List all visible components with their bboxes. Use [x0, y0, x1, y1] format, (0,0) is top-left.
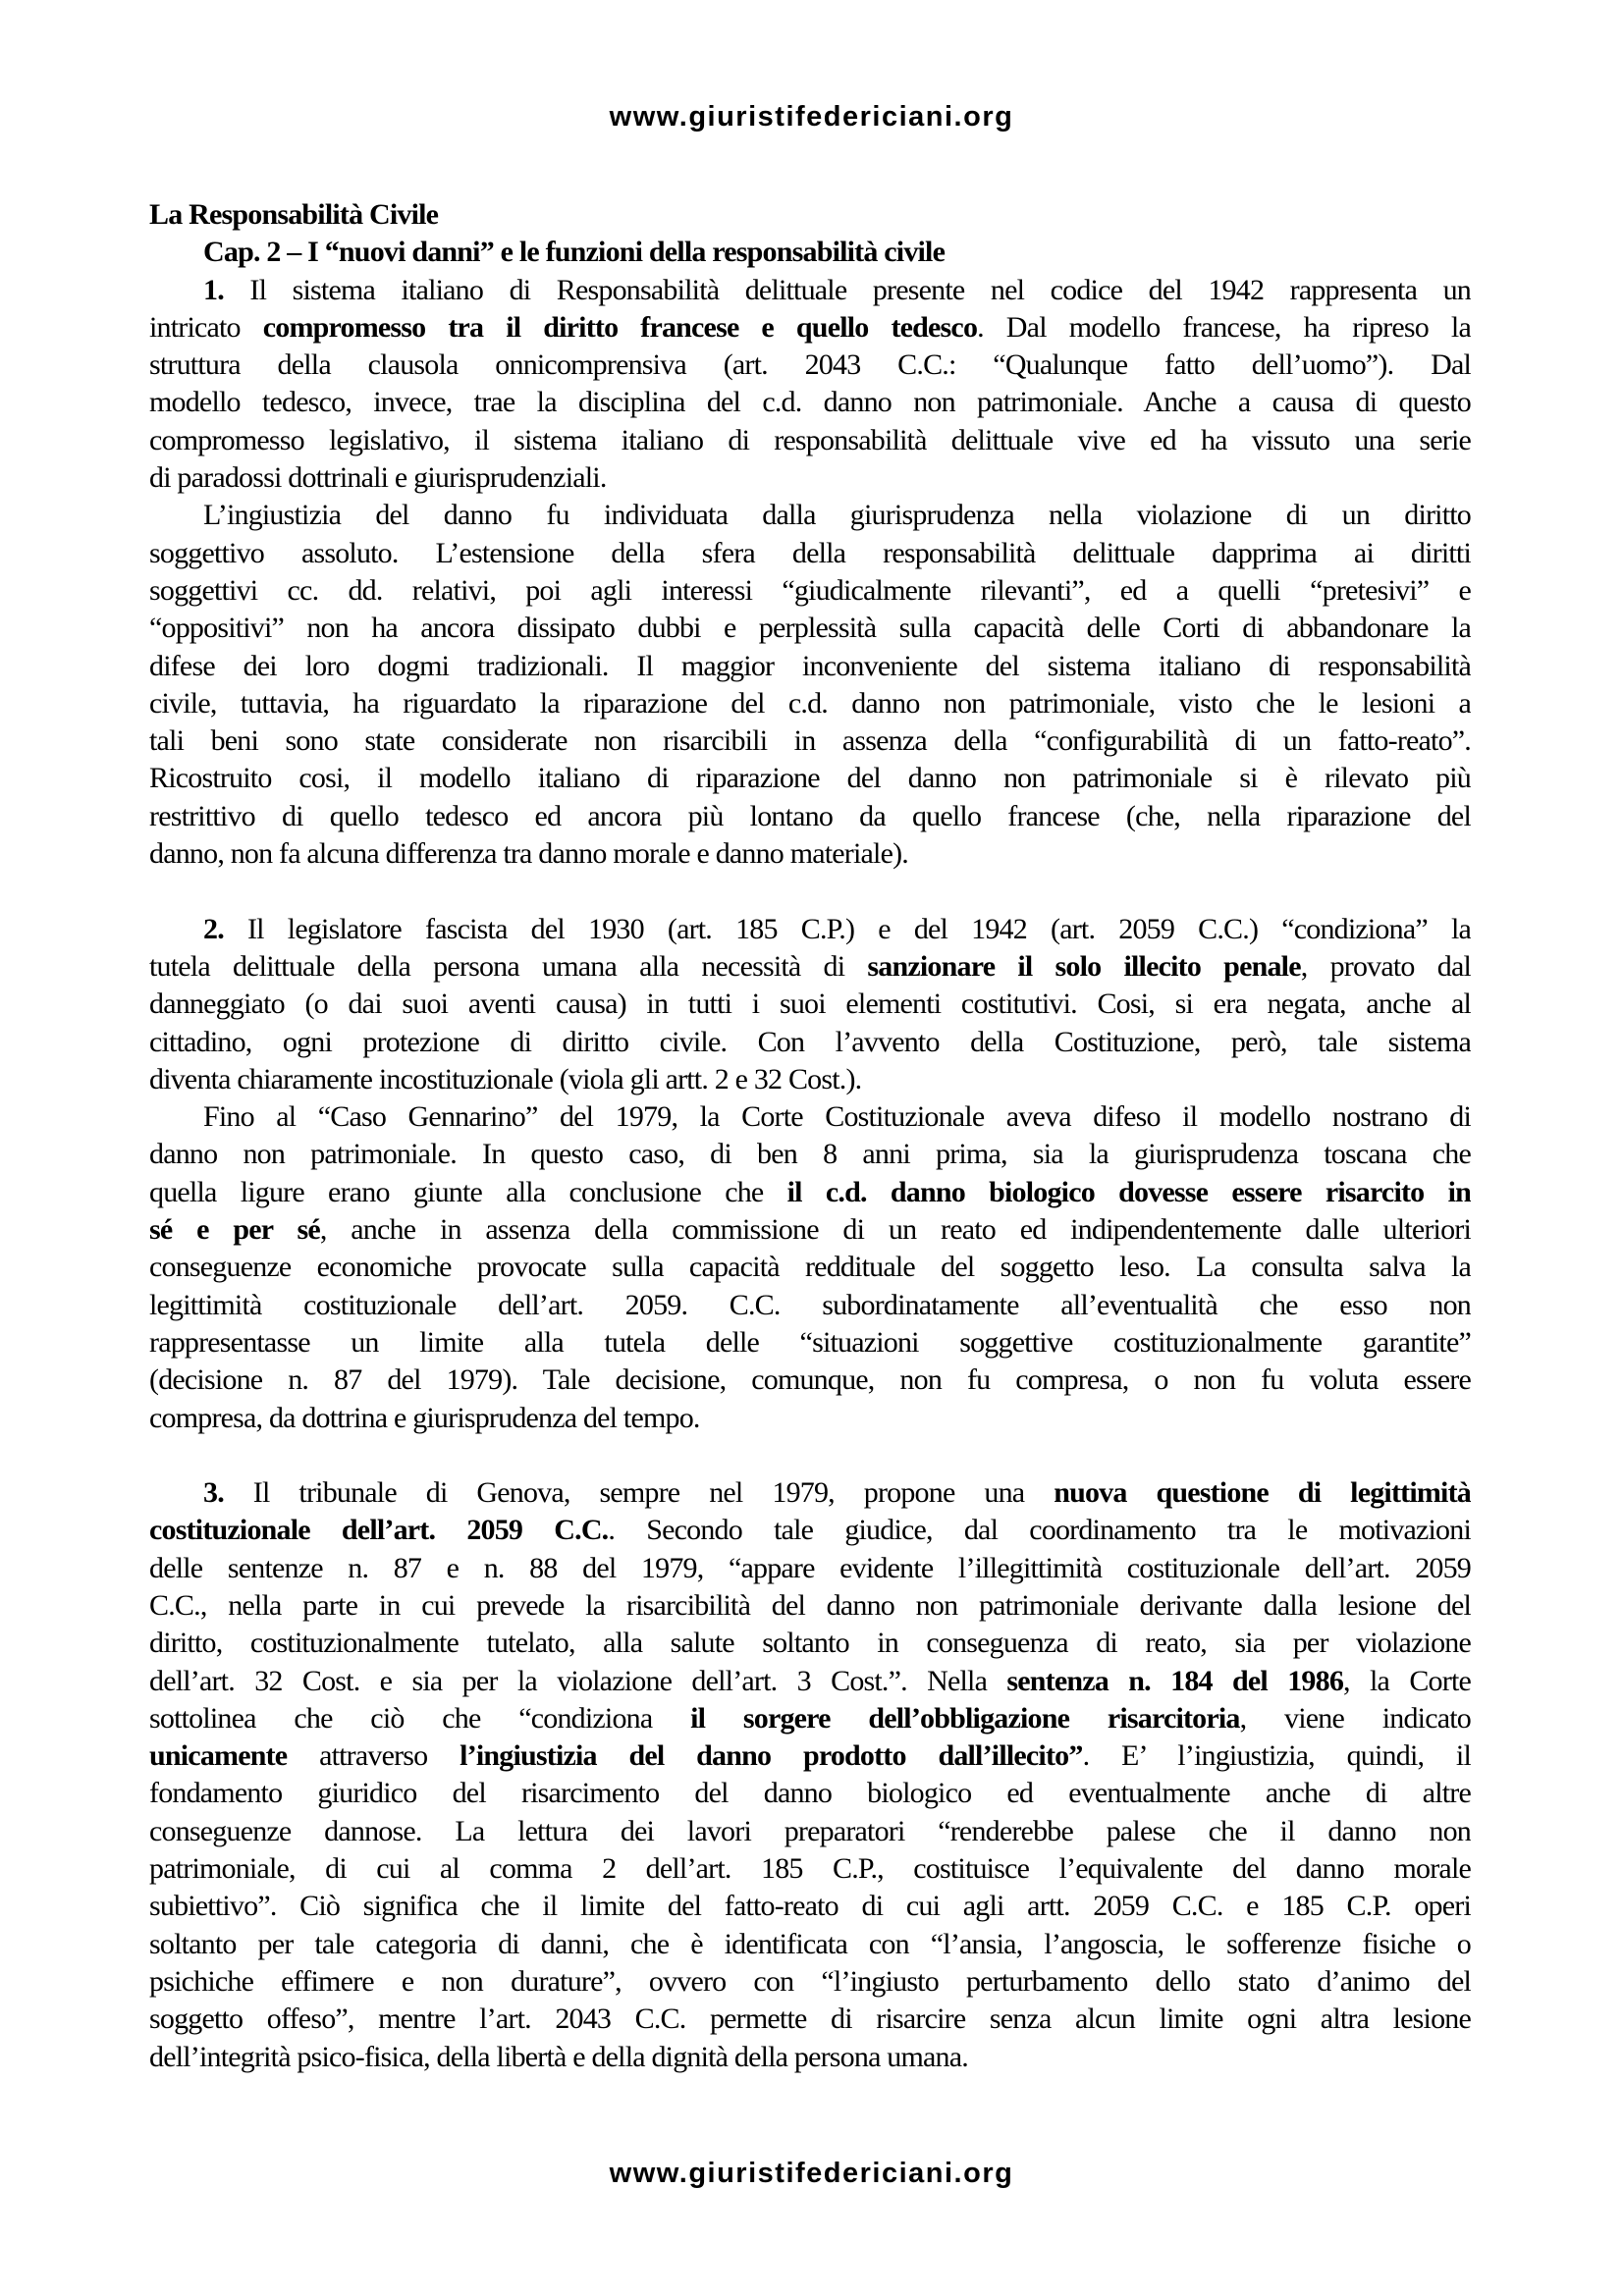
- text-run: conseguenze economiche provocate sulla c…: [149, 1251, 1471, 1283]
- text-line-paragraph-2-3: danneggiato (o dai suoi aventi causa) in…: [149, 986, 1471, 1023]
- text-run: intricato: [149, 311, 263, 344]
- text-run: . E’ l’ingiustizia, quindi, il: [1083, 1739, 1471, 1772]
- text-line-paragraph-2b-1: Fino al “Caso Gennarino” del 1979, la Co…: [149, 1098, 1471, 1136]
- text-line-paragraph-2b-7: rappresentasse un limite alla tutela del…: [149, 1324, 1471, 1362]
- text-line-paragraph-1b-6: civile, tuttavia, ha riguardato la ripar…: [149, 685, 1471, 722]
- text-line-paragraph-3-5: diritto, costituzionalmente tutelato, al…: [149, 1625, 1471, 1662]
- bold-text-run: La Responsabilità Civile: [149, 198, 438, 231]
- text-run: di paradossi dottrinali e giurisprudenzi…: [149, 461, 607, 494]
- text-run: civile, tuttavia, ha riguardato la ripar…: [149, 687, 1471, 720]
- text-run: “oppositivi” non ha ancora dissipato dub…: [149, 612, 1471, 644]
- text-run: C.C., nella parte in cui prevede la risa…: [149, 1589, 1471, 1622]
- bold-text-run: sentenza n. 184 del 1986: [1006, 1665, 1343, 1697]
- text-run: sottolinea che ciò che “condiziona: [149, 1702, 690, 1735]
- text-line-paragraph-1b-8: Ricostruito cosi, il modello italiano di…: [149, 760, 1471, 797]
- text-run: conseguenze dannose. La lettura dei lavo…: [149, 1815, 1471, 1847]
- text-run: , la Corte: [1343, 1665, 1471, 1697]
- bold-text-run: costituzionale dell’art. 2059 C.C.: [149, 1514, 608, 1546]
- text-run: rappresentasse un limite alla tutela del…: [149, 1326, 1471, 1359]
- text-run: , anche in assenza della commissione di …: [320, 1213, 1471, 1246]
- text-line-subtitle-1: Cap. 2 – I “nuovi danni” e le funzioni d…: [149, 234, 1471, 271]
- text-run: Il legislatore fascista del 1930 (art. 1…: [224, 913, 1471, 945]
- text-line-paragraph-3-3: delle sentenze n. 87 e n. 88 del 1979, “…: [149, 1550, 1471, 1587]
- text-line-paragraph-3-4: C.C., nella parte in cui prevede la risa…: [149, 1587, 1471, 1625]
- text-line-paragraph-2-5: diventa chiaramente incostituzionale (vi…: [149, 1061, 1471, 1098]
- text-run: tali beni sono state considerate non ris…: [149, 724, 1471, 757]
- paragraph-gap: [149, 873, 1471, 910]
- bold-text-run: il c.d. danno biologico dovesse essere r…: [787, 1176, 1471, 1208]
- text-line-paragraph-3-11: patrimoniale, di cui al comma 2 dell’art…: [149, 1850, 1471, 1888]
- text-run: . Secondo tale giudice, dal coordinament…: [608, 1514, 1471, 1546]
- text-line-paragraph-3-16: dell’integrità psico-fisica, della liber…: [149, 2039, 1471, 2076]
- text-run: psichiche effimere e non durature”, ovve…: [149, 1965, 1471, 1998]
- text-line-paragraph-1-5: compromesso legislativo, il sistema ital…: [149, 422, 1471, 459]
- text-line-paragraph-2-1: 2. Il legislatore fascista del 1930 (art…: [149, 911, 1471, 948]
- text-run: (decisione n. 87 del 1979). Tale decisio…: [149, 1363, 1471, 1396]
- bold-text-run: compromesso tra il diritto francese e qu…: [263, 311, 977, 344]
- text-run: tutela delittuale della persona umana al…: [149, 950, 867, 983]
- text-line-paragraph-3-12: subiettivo”. Ciò significa che il limite…: [149, 1888, 1471, 1925]
- text-run: Il sistema italiano di Responsabilità de…: [224, 274, 1471, 306]
- text-run: soggettivi cc. dd. relativi, poi agli in…: [149, 574, 1471, 607]
- text-line-paragraph-3-14: psichiche effimere e non durature”, ovve…: [149, 1963, 1471, 2001]
- text-run: dell’integrità psico-fisica, della liber…: [149, 2041, 968, 2073]
- text-run: dell’art. 32 Cost. e sia per la violazio…: [149, 1665, 1006, 1697]
- bold-text-run: il sorgere dell’obbligazione risarcitori…: [690, 1702, 1240, 1735]
- text-line-paragraph-3-8: unicamente attraverso l’ingiustizia del …: [149, 1737, 1471, 1775]
- text-line-paragraph-2-4: cittadino, ogni protezione di diritto ci…: [149, 1024, 1471, 1061]
- text-run: danno, non fa alcuna differenza tra dann…: [149, 837, 908, 870]
- text-run: soggettivo assoluto. L’estensione della …: [149, 537, 1471, 569]
- text-run: modello tedesco, invece, trae la discipl…: [149, 386, 1471, 418]
- text-line-paragraph-2b-9: compresa, da dottrina e giurisprudenza d…: [149, 1400, 1471, 1437]
- text-line-paragraph-3-15: soggetto offeso”, mentre l’art. 2043 C.C…: [149, 2001, 1471, 2038]
- text-run: quella ligure erano giunte alla conclusi…: [149, 1176, 787, 1208]
- text-line-paragraph-3-6: dell’art. 32 Cost. e sia per la violazio…: [149, 1663, 1471, 1700]
- bold-text-run: Cap. 2 – I “nuovi danni” e le funzioni d…: [203, 236, 945, 268]
- text-run: subiettivo”. Ciò significa che il limite…: [149, 1890, 1471, 1922]
- text-run: fondamento giuridico del risarcimento de…: [149, 1777, 1471, 1809]
- text-line-paragraph-2b-8: (decisione n. 87 del 1979). Tale decisio…: [149, 1362, 1471, 1399]
- bold-text-run: 3.: [203, 1476, 224, 1509]
- text-run: soltanto per tale categoria di danni, ch…: [149, 1928, 1471, 1960]
- bold-text-run: l’ingiustizia del danno prodotto dall’il…: [460, 1739, 1082, 1772]
- text-run: restrittivo di quello tedesco ed ancora …: [149, 800, 1471, 832]
- text-line-title-1: La Responsabilità Civile: [149, 196, 1471, 234]
- text-line-paragraph-2b-2: danno non patrimoniale. In questo caso, …: [149, 1136, 1471, 1173]
- text-line-paragraph-1-6: di paradossi dottrinali e giurisprudenzi…: [149, 459, 1471, 497]
- footer-site-url: www.giuristifedericiani.org: [0, 2158, 1623, 2190]
- text-run: Ricostruito cosi, il modello italiano di…: [149, 762, 1471, 794]
- text-run: danno non patrimoniale. In questo caso, …: [149, 1138, 1471, 1170]
- bold-text-run: sé e per sé: [149, 1213, 320, 1246]
- header-site-url: www.giuristifedericiani.org: [0, 101, 1623, 133]
- text-line-paragraph-1b-7: tali beni sono state considerate non ris…: [149, 722, 1471, 760]
- text-line-paragraph-1b-9: restrittivo di quello tedesco ed ancora …: [149, 798, 1471, 835]
- text-run: Fino al “Caso Gennarino” del 1979, la Co…: [203, 1100, 1471, 1133]
- text-run: difese dei loro dogmi tradizionali. Il m…: [149, 650, 1471, 682]
- text-run: attraverso: [287, 1739, 460, 1772]
- text-line-paragraph-3-9: fondamento giuridico del risarcimento de…: [149, 1775, 1471, 1812]
- text-run: compresa, da dottrina e giurisprudenza d…: [149, 1402, 700, 1434]
- text-run: , provato dal: [1301, 950, 1471, 983]
- bold-text-run: sanzionare il solo illecito penale: [867, 950, 1300, 983]
- text-line-paragraph-2b-3: quella ligure erano giunte alla conclusi…: [149, 1174, 1471, 1211]
- text-line-paragraph-1b-4: “oppositivi” non ha ancora dissipato dub…: [149, 610, 1471, 647]
- text-line-paragraph-2-2: tutela delittuale della persona umana al…: [149, 948, 1471, 986]
- text-line-paragraph-1-4: modello tedesco, invece, trae la discipl…: [149, 384, 1471, 421]
- bold-text-run: unicamente: [149, 1739, 287, 1772]
- text-run: legittimità costituzionale dell’art. 205…: [149, 1289, 1471, 1321]
- paragraph-gap: [149, 1437, 1471, 1474]
- text-line-paragraph-1b-3: soggettivi cc. dd. relativi, poi agli in…: [149, 572, 1471, 610]
- text-run: cittadino, ogni protezione di diritto ci…: [149, 1026, 1471, 1058]
- text-line-paragraph-2b-6: legittimità costituzionale dell’art. 205…: [149, 1287, 1471, 1324]
- text-run: soggetto offeso”, mentre l’art. 2043 C.C…: [149, 2002, 1471, 2035]
- text-line-paragraph-3-10: conseguenze dannose. La lettura dei lavo…: [149, 1813, 1471, 1850]
- text-run: L’ingiustizia del danno fu individuata d…: [203, 499, 1471, 531]
- bold-text-run: nuova questione di legittimità: [1054, 1476, 1471, 1509]
- text-run: Il tribunale di Genova, sempre nel 1979,…: [224, 1476, 1054, 1509]
- text-run: . Dal modello francese, ha ripreso la: [977, 311, 1471, 344]
- text-line-paragraph-1-1: 1. Il sistema italiano di Responsabilità…: [149, 272, 1471, 309]
- text-line-paragraph-1-3: struttura della clausola onnicomprensiva…: [149, 347, 1471, 384]
- text-line-paragraph-1b-2: soggettivo assoluto. L’estensione della …: [149, 535, 1471, 572]
- text-run: diritto, costituzionalmente tutelato, al…: [149, 1627, 1471, 1659]
- text-line-paragraph-1b-10: danno, non fa alcuna differenza tra dann…: [149, 835, 1471, 873]
- text-line-paragraph-3-13: soltanto per tale categoria di danni, ch…: [149, 1926, 1471, 1963]
- text-line-paragraph-3-2: costituzionale dell’art. 2059 C.C.. Seco…: [149, 1512, 1471, 1549]
- text-line-paragraph-2b-4: sé e per sé, anche in assenza della comm…: [149, 1211, 1471, 1249]
- text-line-paragraph-3-1: 3. Il tribunale di Genova, sempre nel 19…: [149, 1474, 1471, 1512]
- document-page: www.giuristifedericiani.org La Responsab…: [0, 0, 1623, 2296]
- text-run: , viene indicato: [1240, 1702, 1471, 1735]
- text-line-paragraph-1b-1: L’ingiustizia del danno fu individuata d…: [149, 497, 1471, 534]
- text-run: struttura della clausola onnicomprensiva…: [149, 348, 1471, 381]
- text-line-paragraph-2b-5: conseguenze economiche provocate sulla c…: [149, 1249, 1471, 1286]
- text-run: patrimoniale, di cui al comma 2 dell’art…: [149, 1852, 1471, 1885]
- bold-text-run: 2.: [203, 913, 224, 945]
- document-text: La Responsabilità CivileCap. 2 – I “nuov…: [149, 196, 1471, 2076]
- text-run: diventa chiaramente incostituzionale (vi…: [149, 1063, 861, 1095]
- text-line-paragraph-1-2: intricato compromesso tra il diritto fra…: [149, 309, 1471, 347]
- bold-text-run: 1.: [203, 274, 224, 306]
- text-line-paragraph-1b-5: difese dei loro dogmi tradizionali. Il m…: [149, 648, 1471, 685]
- text-run: compromesso legislativo, il sistema ital…: [149, 424, 1471, 456]
- text-line-paragraph-3-7: sottolinea che ciò che “condiziona il so…: [149, 1700, 1471, 1737]
- text-run: delle sentenze n. 87 e n. 88 del 1979, “…: [149, 1552, 1471, 1584]
- text-run: danneggiato (o dai suoi aventi causa) in…: [149, 988, 1471, 1020]
